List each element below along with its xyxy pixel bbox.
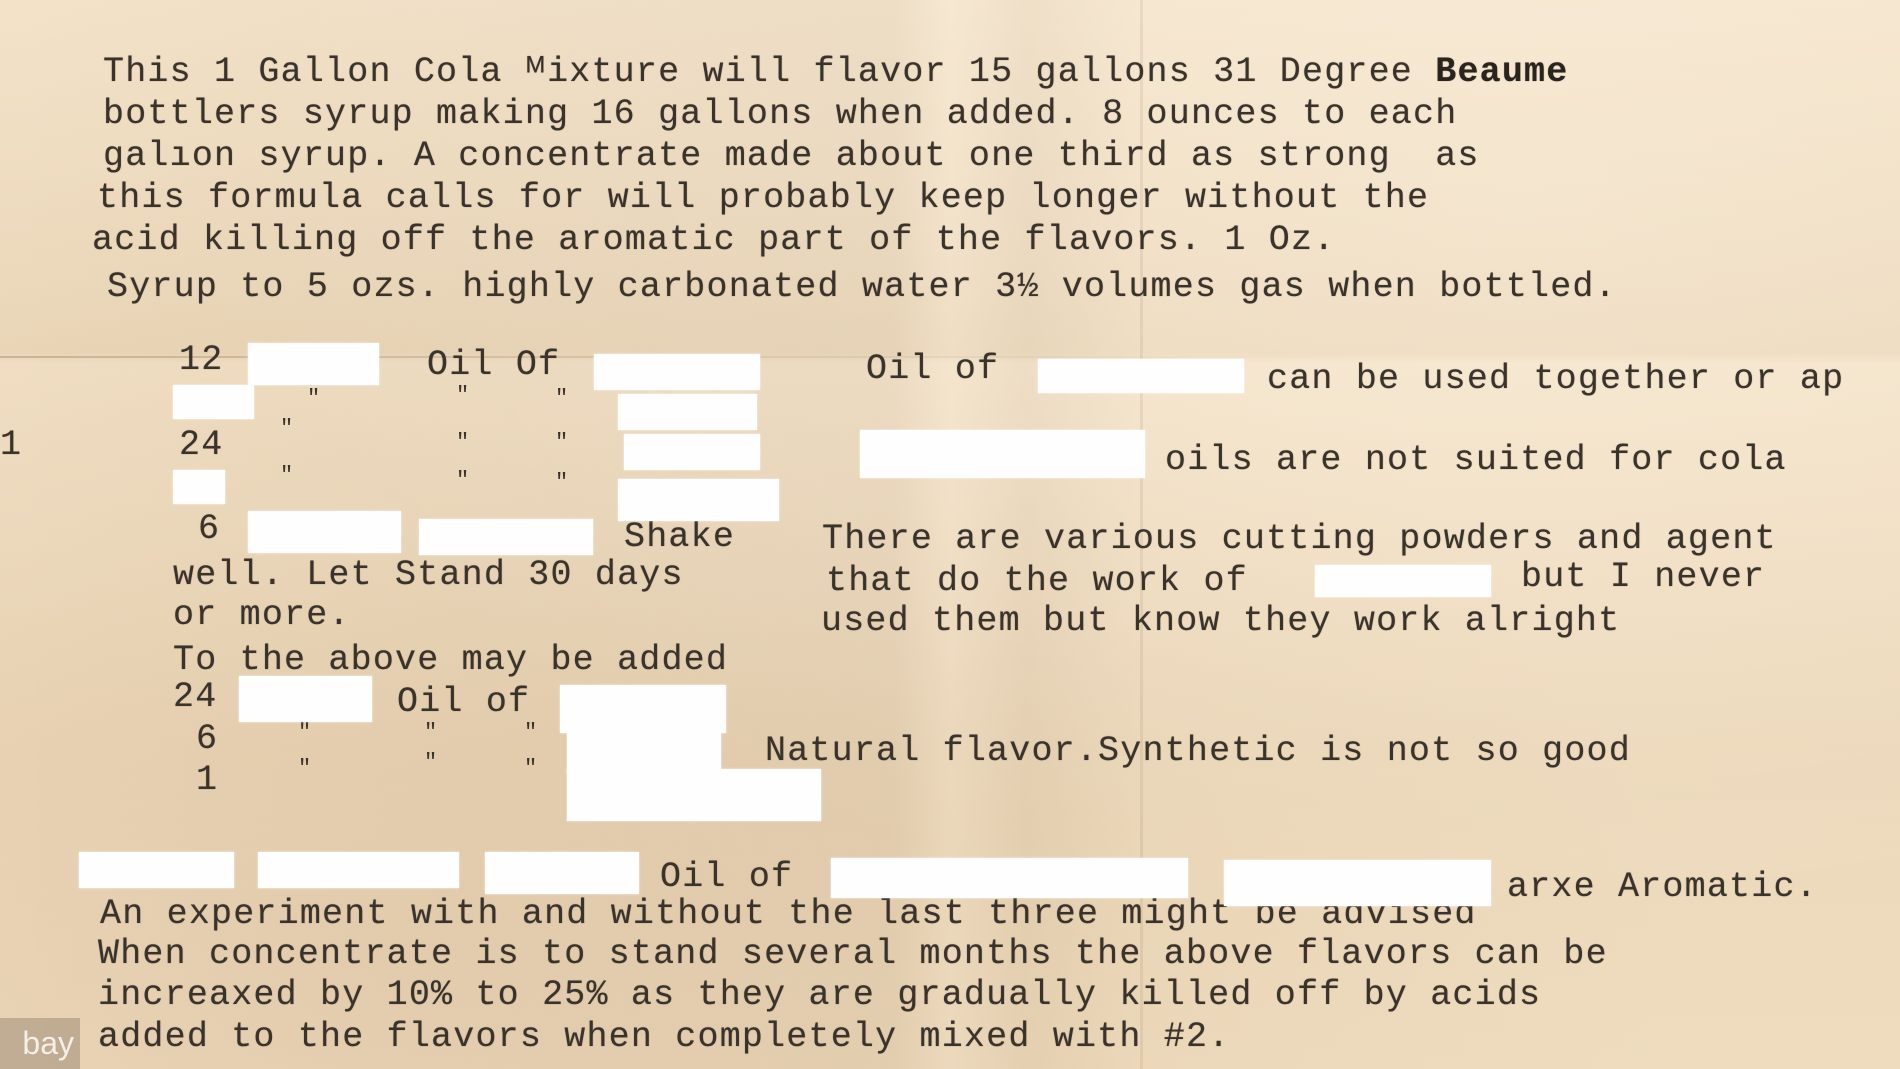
ditto-mark: " xyxy=(456,470,469,492)
redaction-box xyxy=(831,858,1188,898)
redaction-box xyxy=(860,430,1145,478)
ditto-mark: " xyxy=(298,722,311,744)
recipe-oil-of-label: Oil Of xyxy=(427,348,560,383)
note-cutting-2b: but I never xyxy=(1521,560,1765,595)
ditto-mark: " xyxy=(456,432,469,454)
redaction-box xyxy=(618,479,779,521)
bottom-aromatic: arxe Aromatic. xyxy=(1507,870,1818,905)
ditto-mark: " xyxy=(424,752,437,774)
stand-text-2: or more. xyxy=(173,598,351,633)
ditto-mark: " xyxy=(424,722,437,744)
redaction-box xyxy=(173,385,254,419)
text-line: This 1 Gallon Cola ᴹixture will flavor 1… xyxy=(103,55,1568,90)
ditto-mark: " xyxy=(555,472,568,494)
redaction-box xyxy=(594,354,760,390)
margin-mark: 1 xyxy=(0,428,22,463)
redaction-box xyxy=(79,852,234,888)
ditto-mark: " xyxy=(524,722,537,744)
bottom-line-4: added to the flavors when completely mix… xyxy=(98,1020,1230,1055)
note-natural: Natural flavor.Synthetic is not so good xyxy=(765,734,1631,769)
note-cutting-3: used them but know they work alright xyxy=(821,604,1620,639)
redaction-box xyxy=(1315,565,1491,597)
bottom-oil-of: Oil of xyxy=(660,860,793,895)
ditto-mark: " xyxy=(555,432,568,454)
text-line-4: this formula calls for will probably kee… xyxy=(97,181,1429,216)
bottom-line-3: increaxed by 10% to 25% as they are grad… xyxy=(98,978,1541,1013)
recipe-qty-6: 6 xyxy=(198,512,220,547)
redaction-box xyxy=(248,511,401,553)
redaction-box xyxy=(419,519,593,555)
redaction-box xyxy=(485,852,639,894)
bottom-line-2: When concentrate is to stand several mon… xyxy=(98,937,1608,972)
added-text: To the above may be added xyxy=(173,643,728,678)
add-qty-24: 24 xyxy=(173,680,217,715)
recipe-qty-12: 12 xyxy=(179,343,223,378)
text-line-6: Syrup to 5 ozs. highly carbonated water … xyxy=(107,270,1617,305)
note-oil-of: Oil of xyxy=(866,352,999,387)
redaction-box xyxy=(1224,860,1491,906)
ditto-mark: " xyxy=(280,418,293,440)
redaction-box xyxy=(567,769,821,821)
ditto-mark: " xyxy=(456,385,469,407)
shake-text: Shake xyxy=(624,520,735,555)
ditto-mark: " xyxy=(555,388,568,410)
ditto-mark: " xyxy=(298,758,311,780)
redaction-box xyxy=(258,852,459,888)
beaume-word: Beaume xyxy=(1435,52,1568,92)
stand-text-1: well. Let Stand 30 days xyxy=(173,558,684,593)
redaction-box xyxy=(173,470,225,504)
note-cutting-2a: that do the work of xyxy=(826,564,1248,599)
ditto-mark: " xyxy=(307,388,320,410)
ditto-mark: " xyxy=(524,758,537,780)
text-line-3: galıon syrup. A concentrate made about o… xyxy=(103,139,1480,174)
redaction-box xyxy=(567,725,721,773)
redaction-box xyxy=(239,676,372,722)
add-qty-6: 6 xyxy=(196,722,218,757)
note-together: can be used together or ap xyxy=(1267,362,1844,397)
add-qty-1: 1 xyxy=(196,763,218,798)
text-line-1: This 1 Gallon Cola ᴹixture will flavor 1… xyxy=(103,52,1413,92)
redaction-box xyxy=(248,343,379,385)
redaction-box xyxy=(618,394,757,430)
ebay-watermark: bay xyxy=(0,1018,80,1069)
recipe-qty-24: 24 xyxy=(179,428,223,463)
note-cutting-1: There are various cutting powders and ag… xyxy=(822,522,1777,557)
ditto-mark: " xyxy=(280,465,293,487)
note-not-suited: oils are not suited for cola xyxy=(1165,443,1787,478)
add-oil-of-label: Oil of xyxy=(397,685,530,720)
redaction-box xyxy=(624,434,760,470)
redaction-box xyxy=(1038,359,1244,393)
text-line-5: acid killing off the aromatic part of th… xyxy=(92,223,1335,258)
text-line-2: bottlers syrup making 16 gallons when ad… xyxy=(103,97,1457,132)
